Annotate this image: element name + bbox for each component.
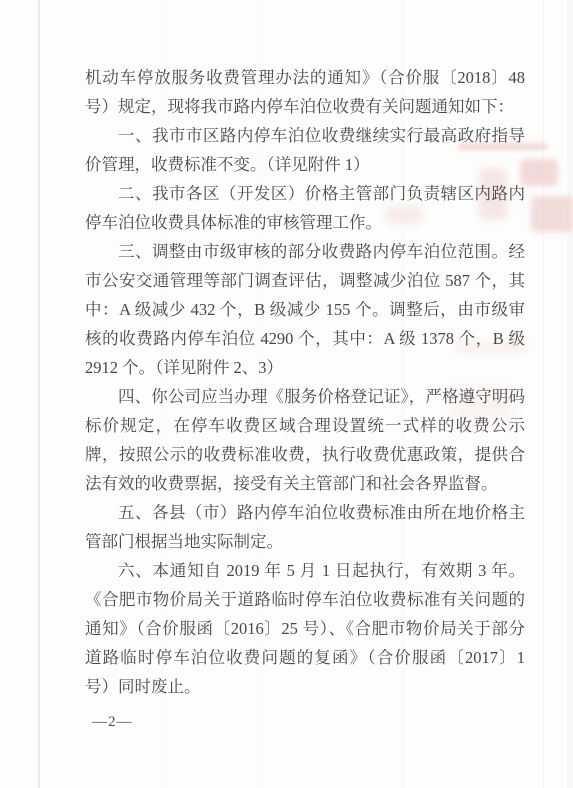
scanned-document-page: 机动车停放服务收费管理办法的通知》（合价服〔2018〕48 号）规定，现将我市路… — [0, 0, 573, 788]
paragraph-item-1: 一、我市市区路内停车泊位收费继续实行最高政府指导价管理，收费标准不变。（详见附件… — [85, 121, 525, 179]
paragraph-continuation: 机动车停放服务收费管理办法的通知》（合价服〔2018〕48 号）规定，现将我市路… — [85, 63, 525, 121]
paper-fold-line — [38, 0, 40, 788]
ink-bleedthrough-mark — [520, 159, 558, 186]
paragraph-item-6: 六、本通知自 2019 年 5 月 1 日起执行，有效期 3 年。《合肥市物价局… — [85, 556, 525, 701]
scan-streak-line — [543, 0, 544, 788]
document-body: 机动车停放服务收费管理办法的通知》（合价服〔2018〕48 号）规定，现将我市路… — [85, 63, 525, 701]
paragraph-item-2: 二、我市各区（开发区）价格主管部门负责辖区内路内停车泊位收费具体标准的审核管理工… — [85, 179, 525, 237]
ink-bleedthrough-mark — [531, 196, 573, 232]
page-number: —2— — [92, 714, 133, 731]
paragraph-item-5: 五、各县（市）路内停车泊位收费标准由所在地价格主管部门根据当地实际制定。 — [85, 498, 525, 556]
scan-edge-shadow — [567, 0, 573, 788]
paragraph-item-3: 三、调整由市级审核的部分收费路内停车泊位范围。经市公安交通管理等部门调查评估，调… — [85, 237, 525, 382]
paragraph-item-4: 四、你公司应当办理《服务价格登记证》，严格遵守明码标价规定，在停车收费区域合理设… — [85, 382, 525, 498]
